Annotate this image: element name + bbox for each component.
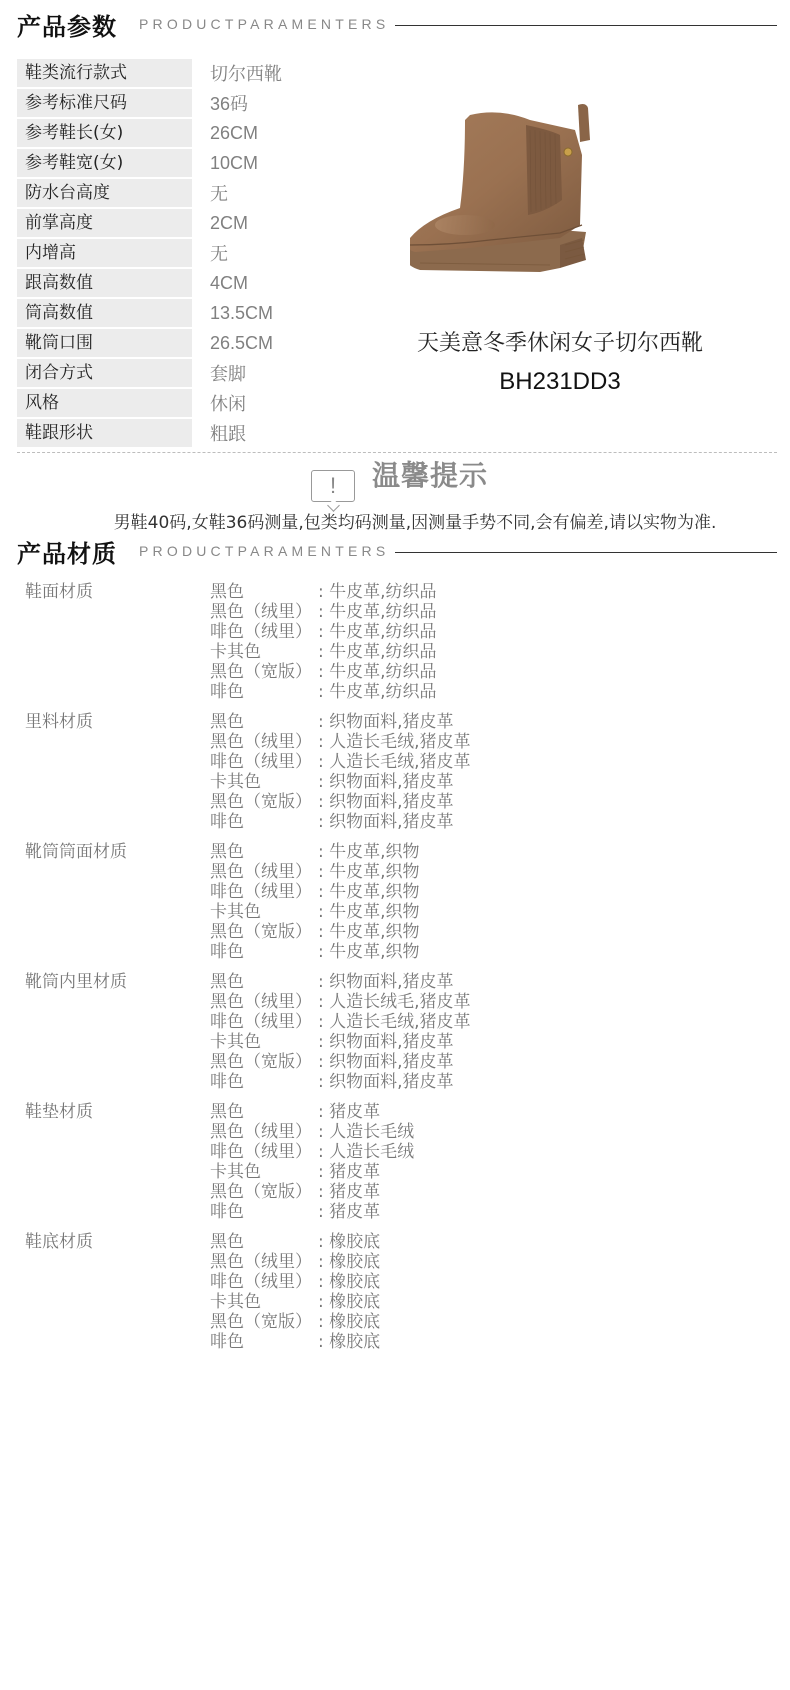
material-value: : 橡胶底: [318, 1232, 380, 1252]
material-value: : 人造长毛绒: [318, 1122, 414, 1142]
material-color: 啡色（绒里）: [210, 1272, 318, 1292]
material-value: : 牛皮革,织物: [318, 942, 420, 962]
param-label: 跟高数值: [17, 269, 192, 297]
material-color: 啡色: [210, 942, 318, 962]
material-entry: 啡色（绒里）: 橡胶底: [210, 1272, 380, 1292]
param-value: 4CM: [210, 273, 248, 294]
material-value: : 牛皮革,织物: [318, 862, 420, 882]
material-entry: 黑色（宽版）: 织物面料,猪皮革: [210, 792, 471, 812]
param-value: 36码: [210, 90, 248, 116]
param-label: 参考鞋长(女): [17, 119, 192, 147]
material-value: : 猪皮革: [318, 1182, 380, 1202]
material-value: : 牛皮革,织物: [318, 902, 420, 922]
material-color: 黑色: [210, 972, 318, 992]
material-color: 卡其色: [210, 1292, 318, 1312]
param-row: 内增高无: [17, 238, 377, 268]
material-value: : 牛皮革,纺织品: [318, 602, 437, 622]
material-value: : 猪皮革: [318, 1162, 380, 1182]
material-label: 里料材质: [0, 712, 210, 832]
param-value: 10CM: [210, 153, 258, 174]
material-value: : 人造长毛绒,猪皮革: [318, 1012, 471, 1032]
dashed-divider: [17, 452, 777, 453]
header-rule: [395, 25, 777, 26]
material-entry: 啡色（绒里）: 牛皮革,纺织品: [210, 622, 437, 642]
material-entry: 啡色（绒里）: 人造长毛绒,猪皮革: [210, 752, 471, 772]
material-entry: 卡其色: 橡胶底: [210, 1292, 380, 1312]
material-entry: 黑色（宽版）: 牛皮革,织物: [210, 922, 420, 942]
material-color: 卡其色: [210, 1032, 318, 1052]
material-color: 黑色: [210, 712, 318, 732]
material-color: 黑色（绒里）: [210, 1252, 318, 1272]
material-value: : 牛皮革,纺织品: [318, 622, 437, 642]
material-entry: 黑色（绒里）: 牛皮革,纺织品: [210, 602, 437, 622]
material-color: 卡其色: [210, 772, 318, 792]
material-value: : 橡胶底: [318, 1312, 380, 1332]
material-value: : 人造长毛绒,猪皮革: [318, 732, 471, 752]
material-label: 靴筒内里材质: [0, 972, 210, 1092]
param-row: 参考鞋长(女)26CM: [17, 118, 377, 148]
material-color: 卡其色: [210, 642, 318, 662]
material-value: : 牛皮革,织物: [318, 922, 420, 942]
material-group: 靴筒筒面材质 黑色: 牛皮革,织物 黑色（绒里）: 牛皮革,织物 啡色（绒里）:…: [0, 842, 790, 962]
material-value: : 织物面料,猪皮革: [318, 1032, 454, 1052]
param-row: 鞋跟形状粗跟: [17, 418, 377, 448]
tip-title: 温馨提示: [372, 454, 488, 494]
params-section-header: 产品参数 PRODUCTPARAMENTERS: [17, 4, 777, 44]
material-color: 黑色（绒里）: [210, 862, 318, 882]
param-value: 切尔西靴: [210, 60, 282, 86]
param-label: 筒高数值: [17, 299, 192, 327]
material-entry: 啡色: 牛皮革,织物: [210, 942, 420, 962]
material-entry: 卡其色: 猪皮革: [210, 1162, 414, 1182]
material-color: 啡色（绒里）: [210, 622, 318, 642]
material-entry: 啡色: 牛皮革,纺织品: [210, 682, 437, 702]
param-value: 无: [210, 240, 228, 266]
material-value: : 牛皮革,织物: [318, 882, 420, 902]
param-row: 靴筒口围26.5CM: [17, 328, 377, 358]
material-entry: 黑色: 牛皮革,纺织品: [210, 582, 437, 602]
param-label: 参考标准尺码: [17, 89, 192, 117]
materials-section-header: 产品材质 PRODUCTPARAMENTERS: [17, 531, 777, 571]
material-color: 黑色（绒里）: [210, 1122, 318, 1142]
material-color: 黑色（绒里）: [210, 732, 318, 752]
material-color: 啡色: [210, 682, 318, 702]
material-color: 黑色（绒里）: [210, 602, 318, 622]
material-value: : 织物面料,猪皮革: [318, 772, 454, 792]
params-table: 鞋类流行款式切尔西靴 参考标准尺码36码 参考鞋长(女)26CM 参考鞋宽(女)…: [17, 58, 377, 448]
material-color: 黑色（宽版）: [210, 792, 318, 812]
material-entry: 卡其色: 织物面料,猪皮革: [210, 1032, 471, 1052]
material-entry: 黑色（宽版）: 猪皮革: [210, 1182, 414, 1202]
param-value: 26.5CM: [210, 333, 273, 354]
material-entry: 啡色: 橡胶底: [210, 1332, 380, 1352]
material-value: : 橡胶底: [318, 1252, 380, 1272]
material-value: : 橡胶底: [318, 1292, 380, 1312]
material-entry: 卡其色: 牛皮革,织物: [210, 902, 420, 922]
param-label: 防水台高度: [17, 179, 192, 207]
header-rule: [395, 552, 777, 553]
param-label: 参考鞋宽(女): [17, 149, 192, 177]
material-entry: 黑色（宽版）: 牛皮革,纺织品: [210, 662, 437, 682]
material-value: : 猪皮革: [318, 1202, 380, 1222]
param-row: 风格休闲: [17, 388, 377, 418]
material-group: 鞋面材质 黑色: 牛皮革,纺织品 黑色（绒里）: 牛皮革,纺织品 啡色（绒里）:…: [0, 582, 790, 702]
param-value: 2CM: [210, 213, 248, 234]
material-entries: 黑色: 织物面料,猪皮革 黑色（绒里）: 人造长绒毛,猪皮革 啡色（绒里）: 人…: [210, 972, 471, 1092]
material-entry: 黑色: 织物面料,猪皮革: [210, 972, 471, 992]
material-entries: 黑色: 橡胶底 黑色（绒里）: 橡胶底 啡色（绒里）: 橡胶底 卡其色: 橡胶底…: [210, 1232, 380, 1352]
exclamation-speech-bubble-icon: !: [311, 470, 355, 502]
material-value: : 牛皮革,纺织品: [318, 682, 437, 702]
param-row: 筒高数值13.5CM: [17, 298, 377, 328]
material-color: 黑色（宽版）: [210, 922, 318, 942]
chelsea-boot-image: [410, 100, 620, 295]
material-value: : 织物面料,猪皮革: [318, 972, 454, 992]
material-entry: 啡色: 织物面料,猪皮革: [210, 1072, 471, 1092]
material-color: 啡色（绒里）: [210, 1012, 318, 1032]
material-entry: 黑色: 牛皮革,织物: [210, 842, 420, 862]
material-color: 黑色（宽版）: [210, 662, 318, 682]
material-color: 黑色: [210, 1102, 318, 1122]
param-value: 无: [210, 180, 228, 206]
material-label: 鞋垫材质: [0, 1102, 210, 1222]
material-entries: 黑色: 猪皮革 黑色（绒里）: 人造长毛绒 啡色（绒里）: 人造长毛绒 卡其色:…: [210, 1102, 414, 1222]
params-section-title: 产品参数: [17, 7, 117, 42]
param-label: 鞋跟形状: [17, 419, 192, 447]
tip-text: 男鞋40码,女鞋36码测量,包类均码测量,因测量手势不同,会有偏差,请以实物为准…: [0, 508, 790, 533]
param-row: 鞋类流行款式切尔西靴: [17, 58, 377, 88]
product-model-number: BH231DD3: [380, 368, 740, 396]
material-value: : 织物面料,猪皮革: [318, 712, 454, 732]
material-value: : 牛皮革,织物: [318, 842, 420, 862]
material-value: : 牛皮革,纺织品: [318, 662, 437, 682]
material-value: : 织物面料,猪皮革: [318, 792, 454, 812]
material-color: 黑色（绒里）: [210, 992, 318, 1012]
param-row: 参考鞋宽(女)10CM: [17, 148, 377, 178]
material-value: : 人造长绒毛,猪皮革: [318, 992, 471, 1012]
material-group: 鞋垫材质 黑色: 猪皮革 黑色（绒里）: 人造长毛绒 啡色（绒里）: 人造长毛绒…: [0, 1102, 790, 1222]
param-value: 26CM: [210, 123, 258, 144]
material-color: 卡其色: [210, 902, 318, 922]
material-value: : 人造长毛绒,猪皮革: [318, 752, 471, 772]
materials-section-subtitle: PRODUCTPARAMENTERS: [139, 543, 389, 559]
material-value: : 织物面料,猪皮革: [318, 1072, 454, 1092]
material-entry: 黑色: 橡胶底: [210, 1232, 380, 1252]
material-value: : 橡胶底: [318, 1272, 380, 1292]
exclamation-glyph: !: [312, 473, 354, 499]
product-title: 天美意冬季休闲女子切尔西靴: [380, 326, 740, 357]
material-color: 黑色: [210, 582, 318, 602]
param-row: 前掌高度2CM: [17, 208, 377, 238]
material-value: : 橡胶底: [318, 1332, 380, 1352]
material-color: 黑色: [210, 842, 318, 862]
material-group: 里料材质 黑色: 织物面料,猪皮革 黑色（绒里）: 人造长毛绒,猪皮革 啡色（绒…: [0, 712, 790, 832]
param-row: 参考标准尺码36码: [17, 88, 377, 118]
param-value: 13.5CM: [210, 303, 273, 324]
param-value: 休闲: [210, 390, 246, 416]
material-color: 啡色（绒里）: [210, 1142, 318, 1162]
material-value: : 牛皮革,纺织品: [318, 582, 437, 602]
material-label: 鞋底材质: [0, 1232, 210, 1352]
param-label: 内增高: [17, 239, 192, 267]
material-entry: 啡色: 织物面料,猪皮革: [210, 812, 471, 832]
material-entry: 啡色（绒里）: 牛皮革,织物: [210, 882, 420, 902]
materials-list: 鞋面材质 黑色: 牛皮革,纺织品 黑色（绒里）: 牛皮革,纺织品 啡色（绒里）:…: [0, 582, 790, 1362]
material-entry: 黑色: 猪皮革: [210, 1102, 414, 1122]
material-color: 黑色（宽版）: [210, 1312, 318, 1332]
material-color: 卡其色: [210, 1162, 318, 1182]
param-label: 靴筒口围: [17, 329, 192, 357]
material-color: 啡色（绒里）: [210, 882, 318, 902]
material-value: : 织物面料,猪皮革: [318, 1052, 454, 1072]
material-value: : 猪皮革: [318, 1102, 380, 1122]
param-value: 套脚: [210, 360, 246, 386]
material-entry: 黑色（绒里）: 人造长毛绒: [210, 1122, 414, 1142]
material-color: 黑色（宽版）: [210, 1182, 318, 1202]
param-row: 防水台高度无: [17, 178, 377, 208]
param-label: 鞋类流行款式: [17, 59, 192, 87]
material-color: 啡色: [210, 812, 318, 832]
param-label: 风格: [17, 389, 192, 417]
param-row: 闭合方式套脚: [17, 358, 377, 388]
material-entry: 啡色: 猪皮革: [210, 1202, 414, 1222]
material-entries: 黑色: 织物面料,猪皮革 黑色（绒里）: 人造长毛绒,猪皮革 啡色（绒里）: 人…: [210, 712, 471, 832]
material-entry: 黑色（宽版）: 织物面料,猪皮革: [210, 1052, 471, 1072]
material-color: 啡色: [210, 1332, 318, 1352]
material-value: : 织物面料,猪皮革: [318, 812, 454, 832]
material-entries: 黑色: 牛皮革,纺织品 黑色（绒里）: 牛皮革,纺织品 啡色（绒里）: 牛皮革,…: [210, 582, 437, 702]
material-label: 鞋面材质: [0, 582, 210, 702]
material-value: : 人造长毛绒: [318, 1142, 414, 1162]
material-color: 啡色: [210, 1072, 318, 1092]
param-label: 前掌高度: [17, 209, 192, 237]
material-value: : 牛皮革,纺织品: [318, 642, 437, 662]
material-entry: 黑色: 织物面料,猪皮革: [210, 712, 471, 732]
materials-section-title: 产品材质: [17, 534, 117, 569]
material-color: 啡色（绒里）: [210, 752, 318, 772]
material-color: 啡色: [210, 1202, 318, 1222]
material-group: 鞋底材质 黑色: 橡胶底 黑色（绒里）: 橡胶底 啡色（绒里）: 橡胶底 卡其色…: [0, 1232, 790, 1352]
material-entry: 啡色（绒里）: 人造长毛绒,猪皮革: [210, 1012, 471, 1032]
material-label: 靴筒筒面材质: [0, 842, 210, 962]
material-color: 黑色（宽版）: [210, 1052, 318, 1072]
material-entry: 卡其色: 牛皮革,纺织品: [210, 642, 437, 662]
material-entry: 黑色（绒里）: 人造长毛绒,猪皮革: [210, 732, 471, 752]
param-row: 跟高数值4CM: [17, 268, 377, 298]
material-entry: 黑色（绒里）: 橡胶底: [210, 1252, 380, 1272]
material-entries: 黑色: 牛皮革,织物 黑色（绒里）: 牛皮革,织物 啡色（绒里）: 牛皮革,织物…: [210, 842, 420, 962]
params-section-subtitle: PRODUCTPARAMENTERS: [139, 16, 389, 32]
param-value: 粗跟: [210, 420, 246, 446]
material-entry: 黑色（绒里）: 牛皮革,织物: [210, 862, 420, 882]
material-entry: 啡色（绒里）: 人造长毛绒: [210, 1142, 414, 1162]
material-entry: 黑色（宽版）: 橡胶底: [210, 1312, 380, 1332]
material-entry: 黑色（绒里）: 人造长绒毛,猪皮革: [210, 992, 471, 1012]
material-color: 黑色: [210, 1232, 318, 1252]
param-label: 闭合方式: [17, 359, 192, 387]
material-entry: 卡其色: 织物面料,猪皮革: [210, 772, 471, 792]
material-group: 靴筒内里材质 黑色: 织物面料,猪皮革 黑色（绒里）: 人造长绒毛,猪皮革 啡色…: [0, 972, 790, 1092]
